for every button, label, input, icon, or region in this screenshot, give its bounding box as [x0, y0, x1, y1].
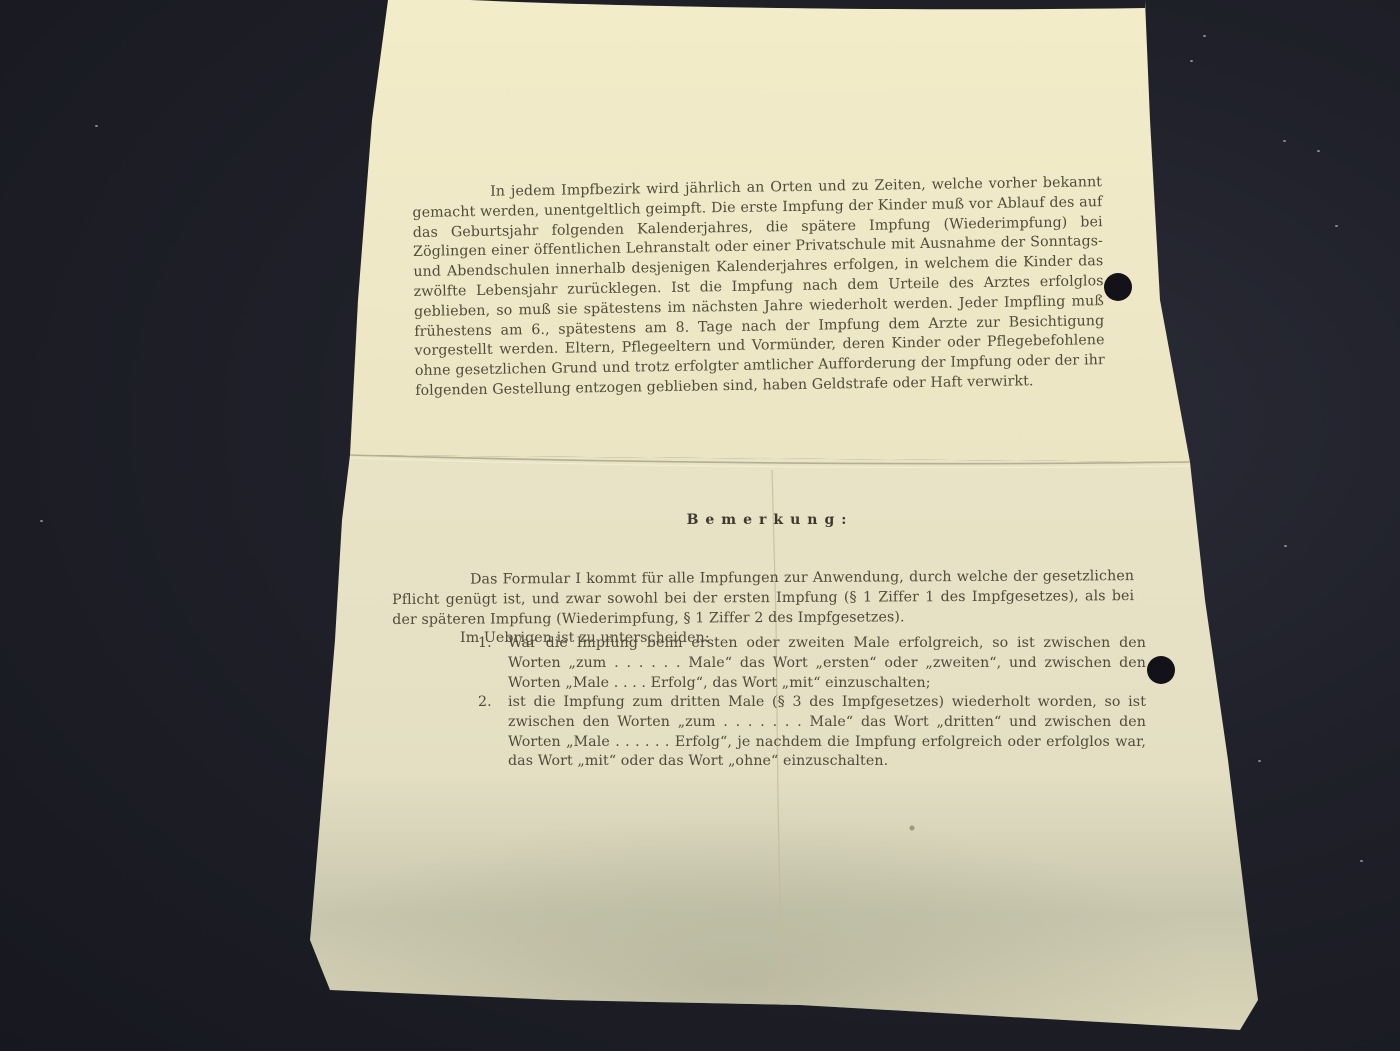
list-item-text: War die Impfung beim ersten oder zweiten… — [508, 634, 1146, 693]
remark-intro-paragraph: Das Formular I kommt für alle Impfungen … — [392, 567, 1134, 630]
remark-heading: Bemerkung: — [650, 512, 890, 528]
list-item-text: ist die Impfung zum dritten Male (§ 3 de… — [508, 693, 1146, 772]
list-item-number: 1. — [478, 634, 492, 654]
remark-intro-text: Das Formular I kommt für alle Impfungen … — [392, 568, 1134, 627]
vaccination-regulations-paragraph: In jedem Impfbezirk wird jährlich an Ort… — [412, 173, 1105, 402]
list-item-number: 2. — [478, 693, 492, 713]
document-text: In jedem Impfbezirk wird jährlich an Ort… — [0, 0, 1400, 1051]
paragraph-text: In jedem Impfbezirk wird jährlich an Ort… — [412, 174, 1105, 399]
